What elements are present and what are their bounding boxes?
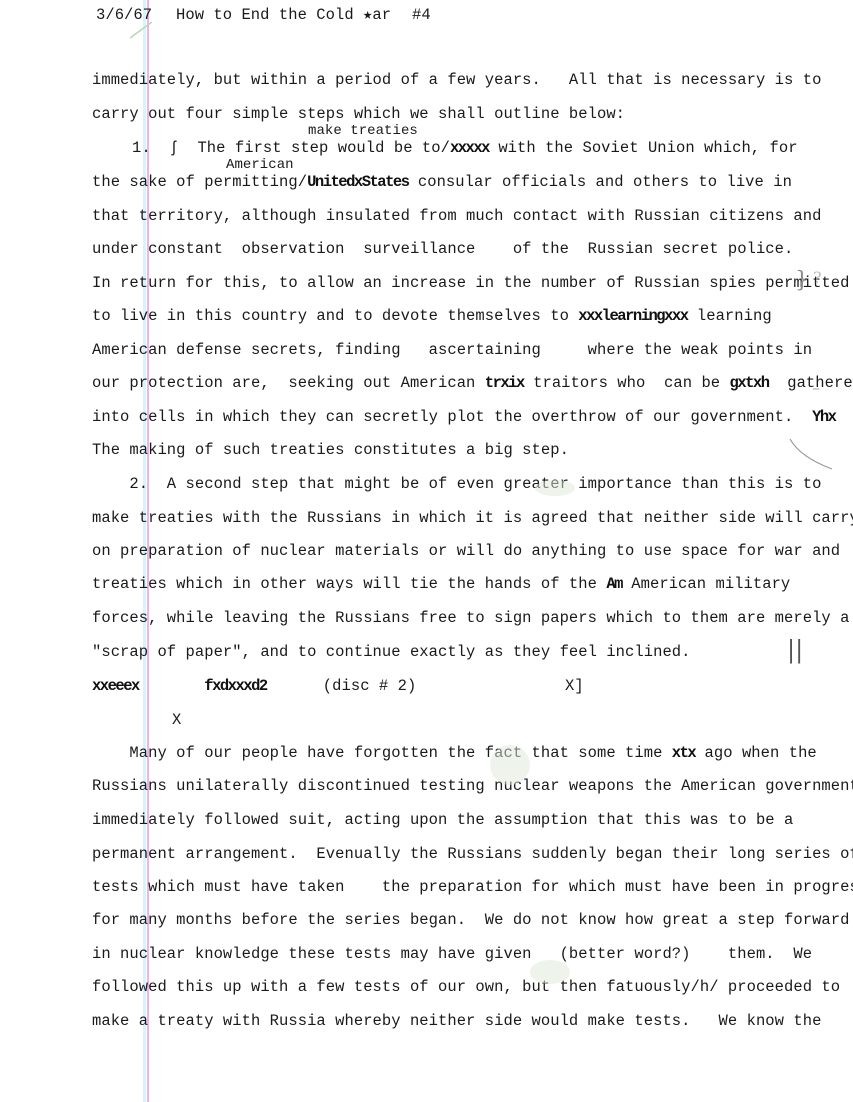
text-line: to live in this country and to devote th… [92, 307, 772, 325]
text-line: that territory, although insulated from … [92, 207, 821, 225]
text-line: In return for this, to allow an increase… [92, 274, 849, 292]
text-line: The making of such treaties constitutes … [92, 441, 569, 459]
disc-note: (disc # 2) [267, 677, 417, 695]
header-page-number: #4 [412, 6, 431, 24]
struck-text: xtx [672, 744, 695, 762]
margin-bracket-mark: } [795, 268, 809, 293]
struck-text: UnitedxStates [307, 173, 408, 191]
text-line: the sake of permitting/UnitedxStates con… [92, 173, 792, 191]
text-line: Many of our people have forgotten the fa… [92, 744, 817, 762]
text-line: carry out four simple steps which we sha… [92, 105, 625, 123]
text-line: into cells in which they can secretly pl… [92, 408, 835, 426]
text-line: 1. ʃ The first step would be to/xxxxx wi… [132, 139, 798, 157]
struck-text: xxxlearningxxx [578, 307, 687, 325]
struck-text: fxdxxxd2 [204, 677, 266, 695]
text-line: treaties which in other ways will tie th… [92, 575, 790, 593]
text-line: in nuclear knowledge these tests may hav… [92, 945, 812, 963]
text-segment: treaties which in other ways will tie th… [92, 575, 606, 593]
margin-dash-mark: – [812, 378, 820, 397]
text-line: make a treaty with Russia whereby neithe… [92, 1012, 821, 1030]
text-line: permanent arrangement. Evenually the Rus… [92, 845, 853, 863]
text-segment: consular officials and others to live in [409, 173, 792, 191]
struck-text: xxxxx [450, 139, 489, 157]
text-segment: learning [688, 307, 772, 325]
text-line: for many months before the series began.… [92, 911, 849, 929]
text-segment: to live in this country and to devote th… [92, 307, 578, 325]
header-title: How to End the Cold ★ar [176, 6, 391, 24]
smudge [490, 745, 530, 785]
text-segment: into cells in which they can secretly pl… [92, 408, 812, 426]
text-line: Russians unilaterally discontinued testi… [92, 777, 853, 795]
text-segment: 1. ʃ The first step would be to/ [132, 139, 450, 157]
typewritten-page: 3/6/67 How to End the Cold ★ar #4 immedi… [0, 0, 853, 1102]
struck-text: gxtxh [730, 374, 769, 392]
text-line: American defense secrets, finding ascert… [92, 341, 812, 359]
text-line: under constant observation surveillance … [92, 240, 793, 258]
text-segment: Many of our people have forgotten the fa… [92, 744, 672, 762]
text-segment: our protection are, seeking out American [92, 374, 485, 392]
text-line: immediately followed suit, acting upon t… [92, 811, 793, 829]
struck-line: xxeeex fxdxxxd2 (disc # 2) [92, 677, 416, 695]
interlinear-insertion: make treaties [308, 122, 418, 140]
pencil-stroke-icon [128, 16, 158, 46]
margin-query-mark: ? [813, 268, 822, 287]
text-segment: American military [622, 575, 790, 593]
spacer [139, 677, 204, 695]
text-line: make treaties with the Russians in which… [92, 509, 853, 527]
text-line: followed this up with a few tests of our… [92, 978, 840, 996]
text-line: on preparation of nuclear materials or w… [92, 542, 840, 560]
text-segment: traitors who can be [524, 374, 730, 392]
smudge [530, 960, 570, 984]
x-mark: X [172, 711, 181, 729]
smudge [535, 480, 575, 496]
struck-text: xxeeex [92, 677, 139, 695]
struck-text: Am [606, 575, 622, 593]
margin-double-bar: || [787, 636, 803, 664]
text-segment: with the Soviet Union which, for [489, 139, 798, 157]
text-segment: ago when the [695, 744, 817, 762]
text-line: 2. A second step that might be of even g… [92, 475, 821, 493]
text-line: tests which must have taken the preparat… [92, 878, 853, 896]
text-line: forces, while leaving the Russians free … [92, 609, 849, 627]
text-segment: the sake of permitting/ [92, 173, 307, 191]
text-line: our protection are, seeking out American… [92, 374, 853, 392]
x-mark: X] [565, 677, 584, 695]
struck-text: trxix [485, 374, 524, 392]
interlinear-insertion: American [226, 156, 294, 174]
struck-text: Yhx [812, 408, 835, 426]
text-line: immediately, but within a period of a fe… [92, 71, 821, 89]
margin-stroke-icon [788, 435, 838, 475]
text-segment: gathered [769, 374, 853, 392]
text-line: "scrap of paper", and to continue exactl… [92, 643, 691, 661]
